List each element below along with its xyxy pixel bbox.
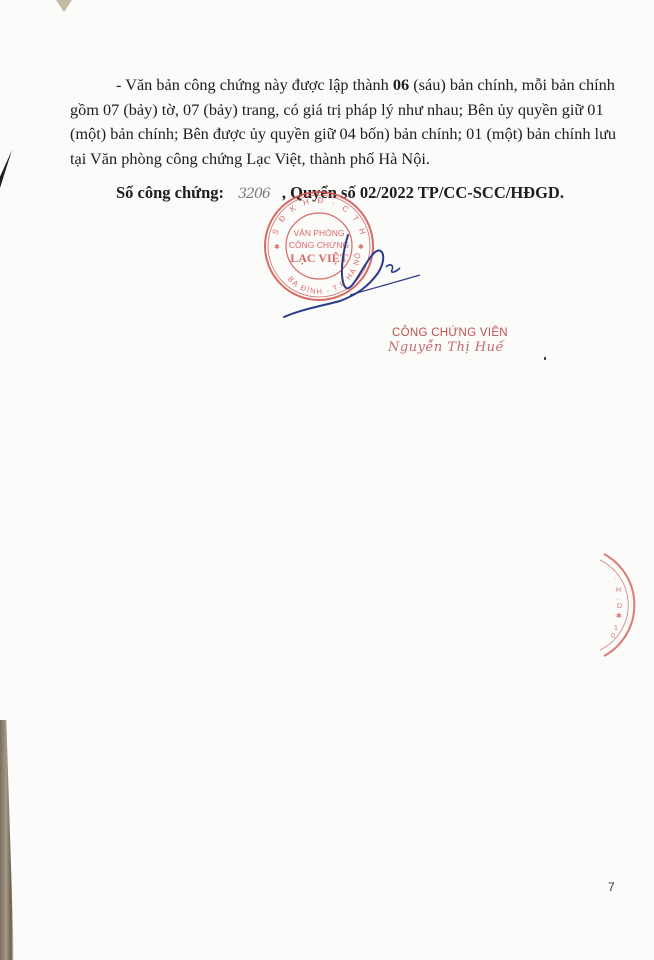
line-1-text: - Văn bản công chứng này được lập thành xyxy=(116,75,393,94)
svg-text:0: 0 xyxy=(611,633,615,640)
paper-edge-top xyxy=(56,0,72,12)
notarization-label: Số công chứng: xyxy=(116,183,224,202)
svg-text:D: D xyxy=(617,603,622,610)
ink-dot xyxy=(544,357,546,360)
paragraph-line-4: tại Văn phòng công chứng Lạc Việt, thành… xyxy=(70,147,640,172)
paragraph-line-2: gồm 07 (bảy) tờ, 07 (bảy) trang, có giá … xyxy=(70,98,640,123)
svg-text:H: H xyxy=(616,587,621,594)
copies-count: 06 xyxy=(393,75,409,94)
notary-title: CÔNG CHỨNG VIÊN xyxy=(392,327,508,339)
partial-stamp-icon: · H . D ✱ 1 0 xyxy=(596,550,654,660)
paper-edge-left xyxy=(0,720,14,960)
svg-text:1: 1 xyxy=(614,625,618,632)
svg-text:.: . xyxy=(617,595,619,602)
svg-text:✱: ✱ xyxy=(616,612,622,620)
copies-paragraph: - Văn bản công chứng này được lập thành … xyxy=(70,73,640,171)
paper-edge-notch xyxy=(0,150,12,188)
paragraph-line-3: (một) bản chính; Bên được ủy quyền giữ 0… xyxy=(70,122,640,147)
svg-text:·: · xyxy=(614,575,616,582)
line-1-text-end: (sáu) bản chính, mỗi bản chính xyxy=(409,75,615,94)
notary-name: Nguyễn Thị Huế xyxy=(388,340,504,355)
document-page: - Văn bản công chứng này được lập thành … xyxy=(0,0,654,960)
signature-icon xyxy=(270,225,420,335)
paragraph-line-1: - Văn bản công chứng này được lập thành … xyxy=(70,73,640,98)
page-number: 7 xyxy=(608,880,615,894)
